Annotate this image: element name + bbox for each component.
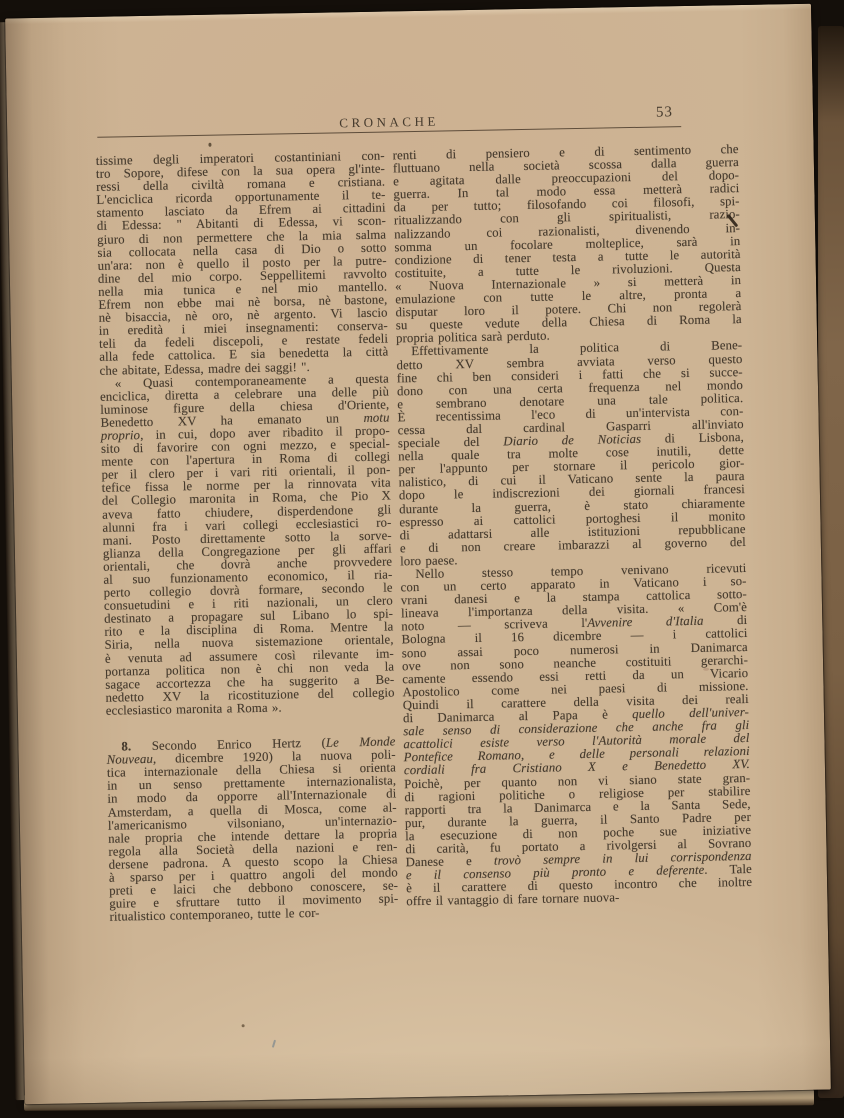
right-text-column: renti di pensiero e di sentimento cheflu… — [393, 143, 753, 909]
paragraph: tissime degli imperatori costantiniani c… — [96, 150, 389, 378]
paragraph: « Quasi contemporaneamente a questaencic… — [100, 372, 395, 718]
paper-speck — [272, 1040, 276, 1048]
text-line: ritualistico contemporaneo, tutte le cor… — [109, 906, 398, 924]
page-number: 53 — [656, 104, 673, 121]
left-text-column: tissime degli imperatori costantiniani c… — [96, 150, 399, 925]
paragraph: Nello stesso tempo venivano ricevuticon … — [400, 562, 752, 909]
paragraph: 8. Secondo Enrico Hertz (Le MondeNouveau… — [106, 735, 398, 924]
scanned-page: CRONACHE 53 tissime degli imperatori cos… — [5, 4, 831, 1105]
paragraph: renti di pensiero e di sentimento cheflu… — [393, 143, 743, 346]
paper-speck — [242, 1024, 245, 1027]
page-header: CRONACHE 53 — [97, 106, 681, 138]
running-head-title: CRONACHE — [97, 109, 681, 136]
text-line: ecclesiastico maronita a Roma ». — [106, 699, 395, 717]
paper-speck — [208, 143, 211, 147]
book-photo: { "colors":{"paper":"#cdb494","ink":"#45… — [0, 0, 844, 1118]
paragraph: Effettivamente la politica di Bene-detto… — [396, 339, 746, 568]
